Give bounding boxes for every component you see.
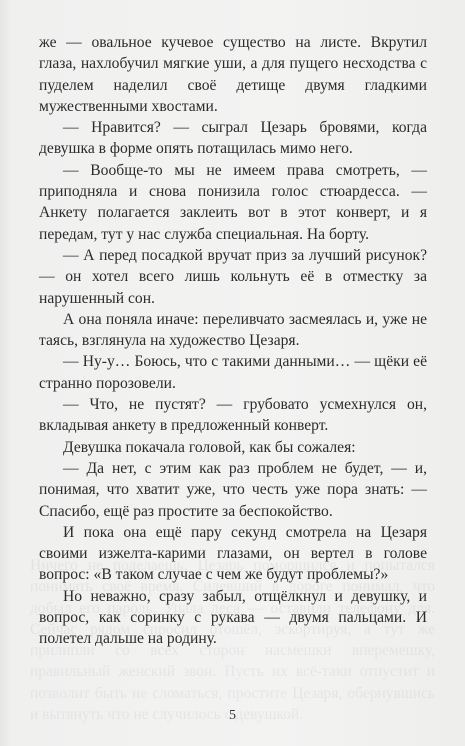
paragraph: же — овальное кучевое существо на листе.… [39, 32, 427, 117]
paragraph: И пока она ещё пару секунд смотрела на Ц… [39, 522, 427, 586]
paragraph: — Вообще-то мы не имеем права смотреть, … [39, 160, 427, 245]
book-page: Ничего не поделаешь. Цезарь поморщился и… [0, 0, 465, 746]
paragraph: — Да нет, с этим как раз проблем не буде… [39, 458, 427, 522]
paragraph: А она поняла иначе: переливчато засмеяла… [39, 309, 427, 352]
paragraph: Девушка покачала головой, как бы сожалея… [39, 437, 427, 458]
paragraph: — А перед посадкой вручат приз за лучший… [39, 245, 427, 309]
paragraph: — Нравится? — сыграл Цезарь бровями, ког… [39, 117, 427, 160]
body-text: же — овальное кучевое существо на листе.… [39, 32, 427, 650]
page-number: 5 [0, 708, 465, 724]
paragraph: — Ну-у… Боюсь, что с такими данными… — щ… [39, 351, 427, 394]
paragraph: Но неважно, сразу забыл, отщёлкнул и дев… [39, 586, 427, 650]
paragraph: — Что, не пустят? — грубовато усмехнулся… [39, 394, 427, 437]
